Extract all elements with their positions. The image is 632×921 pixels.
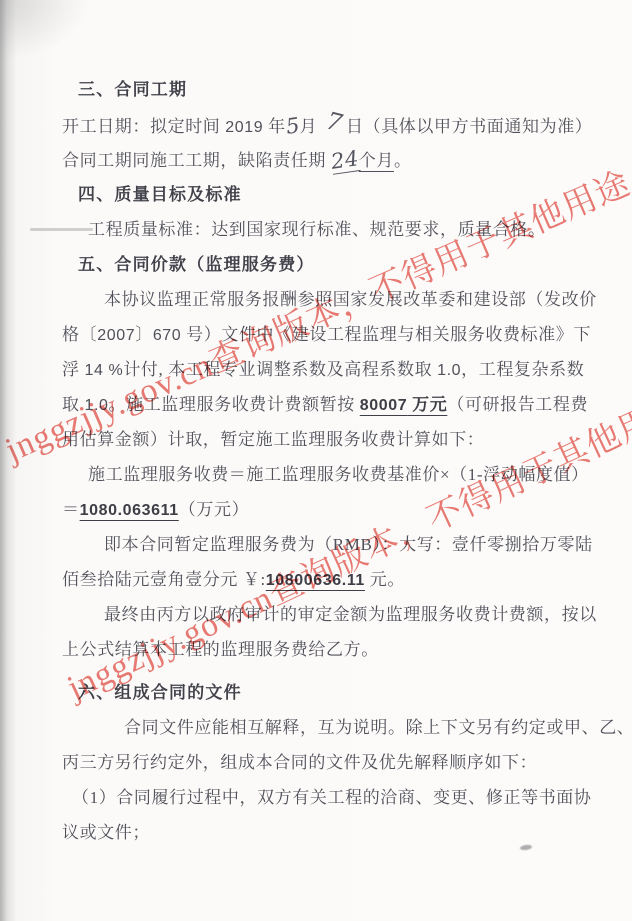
text-line: 浮 14 %计付, 本工程专业调整系数及高程系数取 1.0，工程复杂系数 bbox=[62, 352, 602, 387]
text-segment: 上公式结算本工程的监理服务费给乙方。 bbox=[62, 640, 379, 659]
text-segment: 月 bbox=[300, 117, 322, 136]
text-segment: 1080.063611 bbox=[80, 502, 179, 519]
text-segment: 工程质量标准：达到国家现行标准、规范要求，质量合格。 bbox=[88, 220, 546, 239]
text-line: 取 1.0。施工监理服务收费计费额暂按 80007 万元（可研报告工程费 bbox=[62, 387, 602, 422]
text-segment: 80007 bbox=[360, 397, 408, 414]
text-segment: 三、合同工期 bbox=[78, 80, 187, 99]
text-segment: 1.0 bbox=[437, 362, 461, 379]
text-segment: 。施工监理服务收费计费额暂按 bbox=[109, 395, 360, 414]
text-line: 合同文件应能相互解释，互为说明。除上下文另有约定或甲、乙、 bbox=[62, 710, 602, 745]
text-line: 丙三方另行约定外，组成本合同的文件及优先解释顺序如下： bbox=[62, 745, 602, 780]
text-segment: 六、组成合同的文件 bbox=[78, 683, 242, 702]
text-line: 即本合同暂定监理服务费为（RMB）：大写：壹仟零捌拾万零陆 bbox=[62, 527, 602, 562]
text-line: 本协议监理正常服务报酬参照国家发展改革委和建设部（发改价 bbox=[62, 282, 602, 317]
text-segment: ，工程复杂系数 bbox=[461, 360, 584, 379]
text-line: 议或文件； bbox=[62, 815, 602, 850]
text-segment: 议或文件； bbox=[62, 823, 150, 842]
text-segment: 10800636.11 bbox=[266, 572, 365, 589]
text-line: 开工日期：拟定时间 2019 年5月 7日（具体以甲方书面通知为准） bbox=[62, 107, 602, 142]
text-segment: 取 bbox=[62, 395, 84, 414]
text-segment: 丙三方另行约定外，组成本合同的文件及优先解释顺序如下： bbox=[62, 753, 537, 772]
text-segment: 。 bbox=[394, 151, 412, 170]
text-line: 合同工期同施工工期，缺陷责任期 24个月。 bbox=[62, 142, 602, 177]
text-segment: 施工监理服务收费＝施工监理服务收费基准价×（1-浮动幅度值） bbox=[88, 465, 589, 484]
section-heading: 三、合同工期 bbox=[62, 72, 602, 107]
text-line: （1）合同履行过程中，双方有关工程的洽商、变更、修正等书面协 bbox=[62, 780, 602, 815]
text-segment: 合同工期同施工工期，缺陷责任期 bbox=[62, 151, 331, 170]
text-segment: （1）合同履行过程中，双方有关工程的洽商、变更、修正等书面协 bbox=[72, 788, 592, 807]
text-segment: 浮 bbox=[62, 360, 84, 379]
text-segment: 日（具体以甲方书面通知为准） bbox=[346, 117, 592, 136]
text-line: ＝1080.063611（万元） bbox=[62, 492, 602, 527]
text-line: 上公式结算本工程的监理服务费给乙方。 bbox=[62, 632, 602, 667]
text-segment: 2007 bbox=[97, 327, 135, 344]
text-segment: 开工日期：拟定时间 bbox=[62, 117, 225, 136]
text-line: 工程质量标准：达到国家现行标准、规范要求，质量合格。 bbox=[62, 212, 602, 247]
section-heading: 五、合同价款（监理服务费） bbox=[62, 247, 602, 282]
text-segment: 元。 bbox=[365, 570, 405, 589]
text-segment: 计付, 本工程专业调整系数及高程系数取 bbox=[123, 360, 437, 379]
text-segment: 万元 bbox=[407, 395, 447, 414]
text-segment: 1.0 bbox=[84, 397, 108, 414]
text-segment: 14 % bbox=[84, 362, 123, 379]
text-segment: 格〔 bbox=[62, 325, 97, 344]
text-segment: 用估算金额）计取，暂定施工监理服务收费计算如下： bbox=[62, 430, 484, 449]
handwritten-text: 24 bbox=[329, 141, 362, 180]
section-heading: 六、组成合同的文件 bbox=[62, 675, 602, 710]
text-line: 用估算金额）计取，暂定施工监理服务收费计算如下： bbox=[62, 422, 602, 457]
text-line: 佰叁拾陆元壹角壹分元 ￥:10800636.11 元。 bbox=[62, 562, 602, 597]
scanned-contract-page: 三、合同工期开工日期：拟定时间 2019 年5月 7日（具体以甲方书面通知为准）… bbox=[0, 0, 632, 921]
text-segment: 年 bbox=[263, 117, 285, 136]
text-segment: 五、合同价款（监理服务费） bbox=[78, 255, 315, 274]
scan-corner-shade bbox=[0, 0, 90, 60]
handwritten-text: 5 bbox=[283, 108, 302, 145]
document-body: 三、合同工期开工日期：拟定时间 2019 年5月 7日（具体以甲方书面通知为准）… bbox=[62, 72, 602, 850]
text-segment: 本协议监理正常服务报酬参照国家发展改革委和建设部（发改价 bbox=[104, 290, 597, 309]
text-segment: 个月 bbox=[359, 151, 394, 170]
text-segment: 最终由丙方以政府审计的审定金额为监理服务收费计费额，按以 bbox=[104, 605, 597, 624]
text-line: 格〔2007〕670 号）文件中《建设工程监理与相关服务收费标准》下 bbox=[62, 317, 602, 352]
text-segment: 佰叁拾陆元壹角壹分元 ￥: bbox=[62, 570, 266, 589]
text-segment: 号）文件中《建设工程监理与相关服务收费标准》下 bbox=[181, 325, 591, 344]
section-heading: 四、质量目标及标准 bbox=[62, 177, 602, 212]
text-segment: ＝ bbox=[62, 500, 80, 519]
text-segment: （可研报告工程费 bbox=[447, 395, 588, 414]
text-segment: 〕 bbox=[135, 325, 153, 344]
text-segment: 2019 bbox=[225, 119, 263, 136]
text-line: 最终由丙方以政府审计的审定金额为监理服务收费计费额，按以 bbox=[62, 597, 602, 632]
text-segment: 四、质量目标及标准 bbox=[78, 185, 242, 204]
text-line: 施工监理服务收费＝施工监理服务收费基准价×（1-浮动幅度值） bbox=[62, 457, 602, 492]
handwritten-text: 7 bbox=[323, 104, 347, 142]
text-segment: 即本合同暂定监理服务费为（RMB）：大写：壹仟零捌拾万零陆 bbox=[104, 535, 593, 554]
text-segment: 合同文件应能相互解释，互为说明。除上下文另有约定或甲、乙、 bbox=[124, 718, 632, 737]
text-segment: （万元） bbox=[179, 500, 249, 519]
text-segment: 670 bbox=[153, 327, 182, 344]
scan-edge-shadow bbox=[0, 0, 16, 921]
